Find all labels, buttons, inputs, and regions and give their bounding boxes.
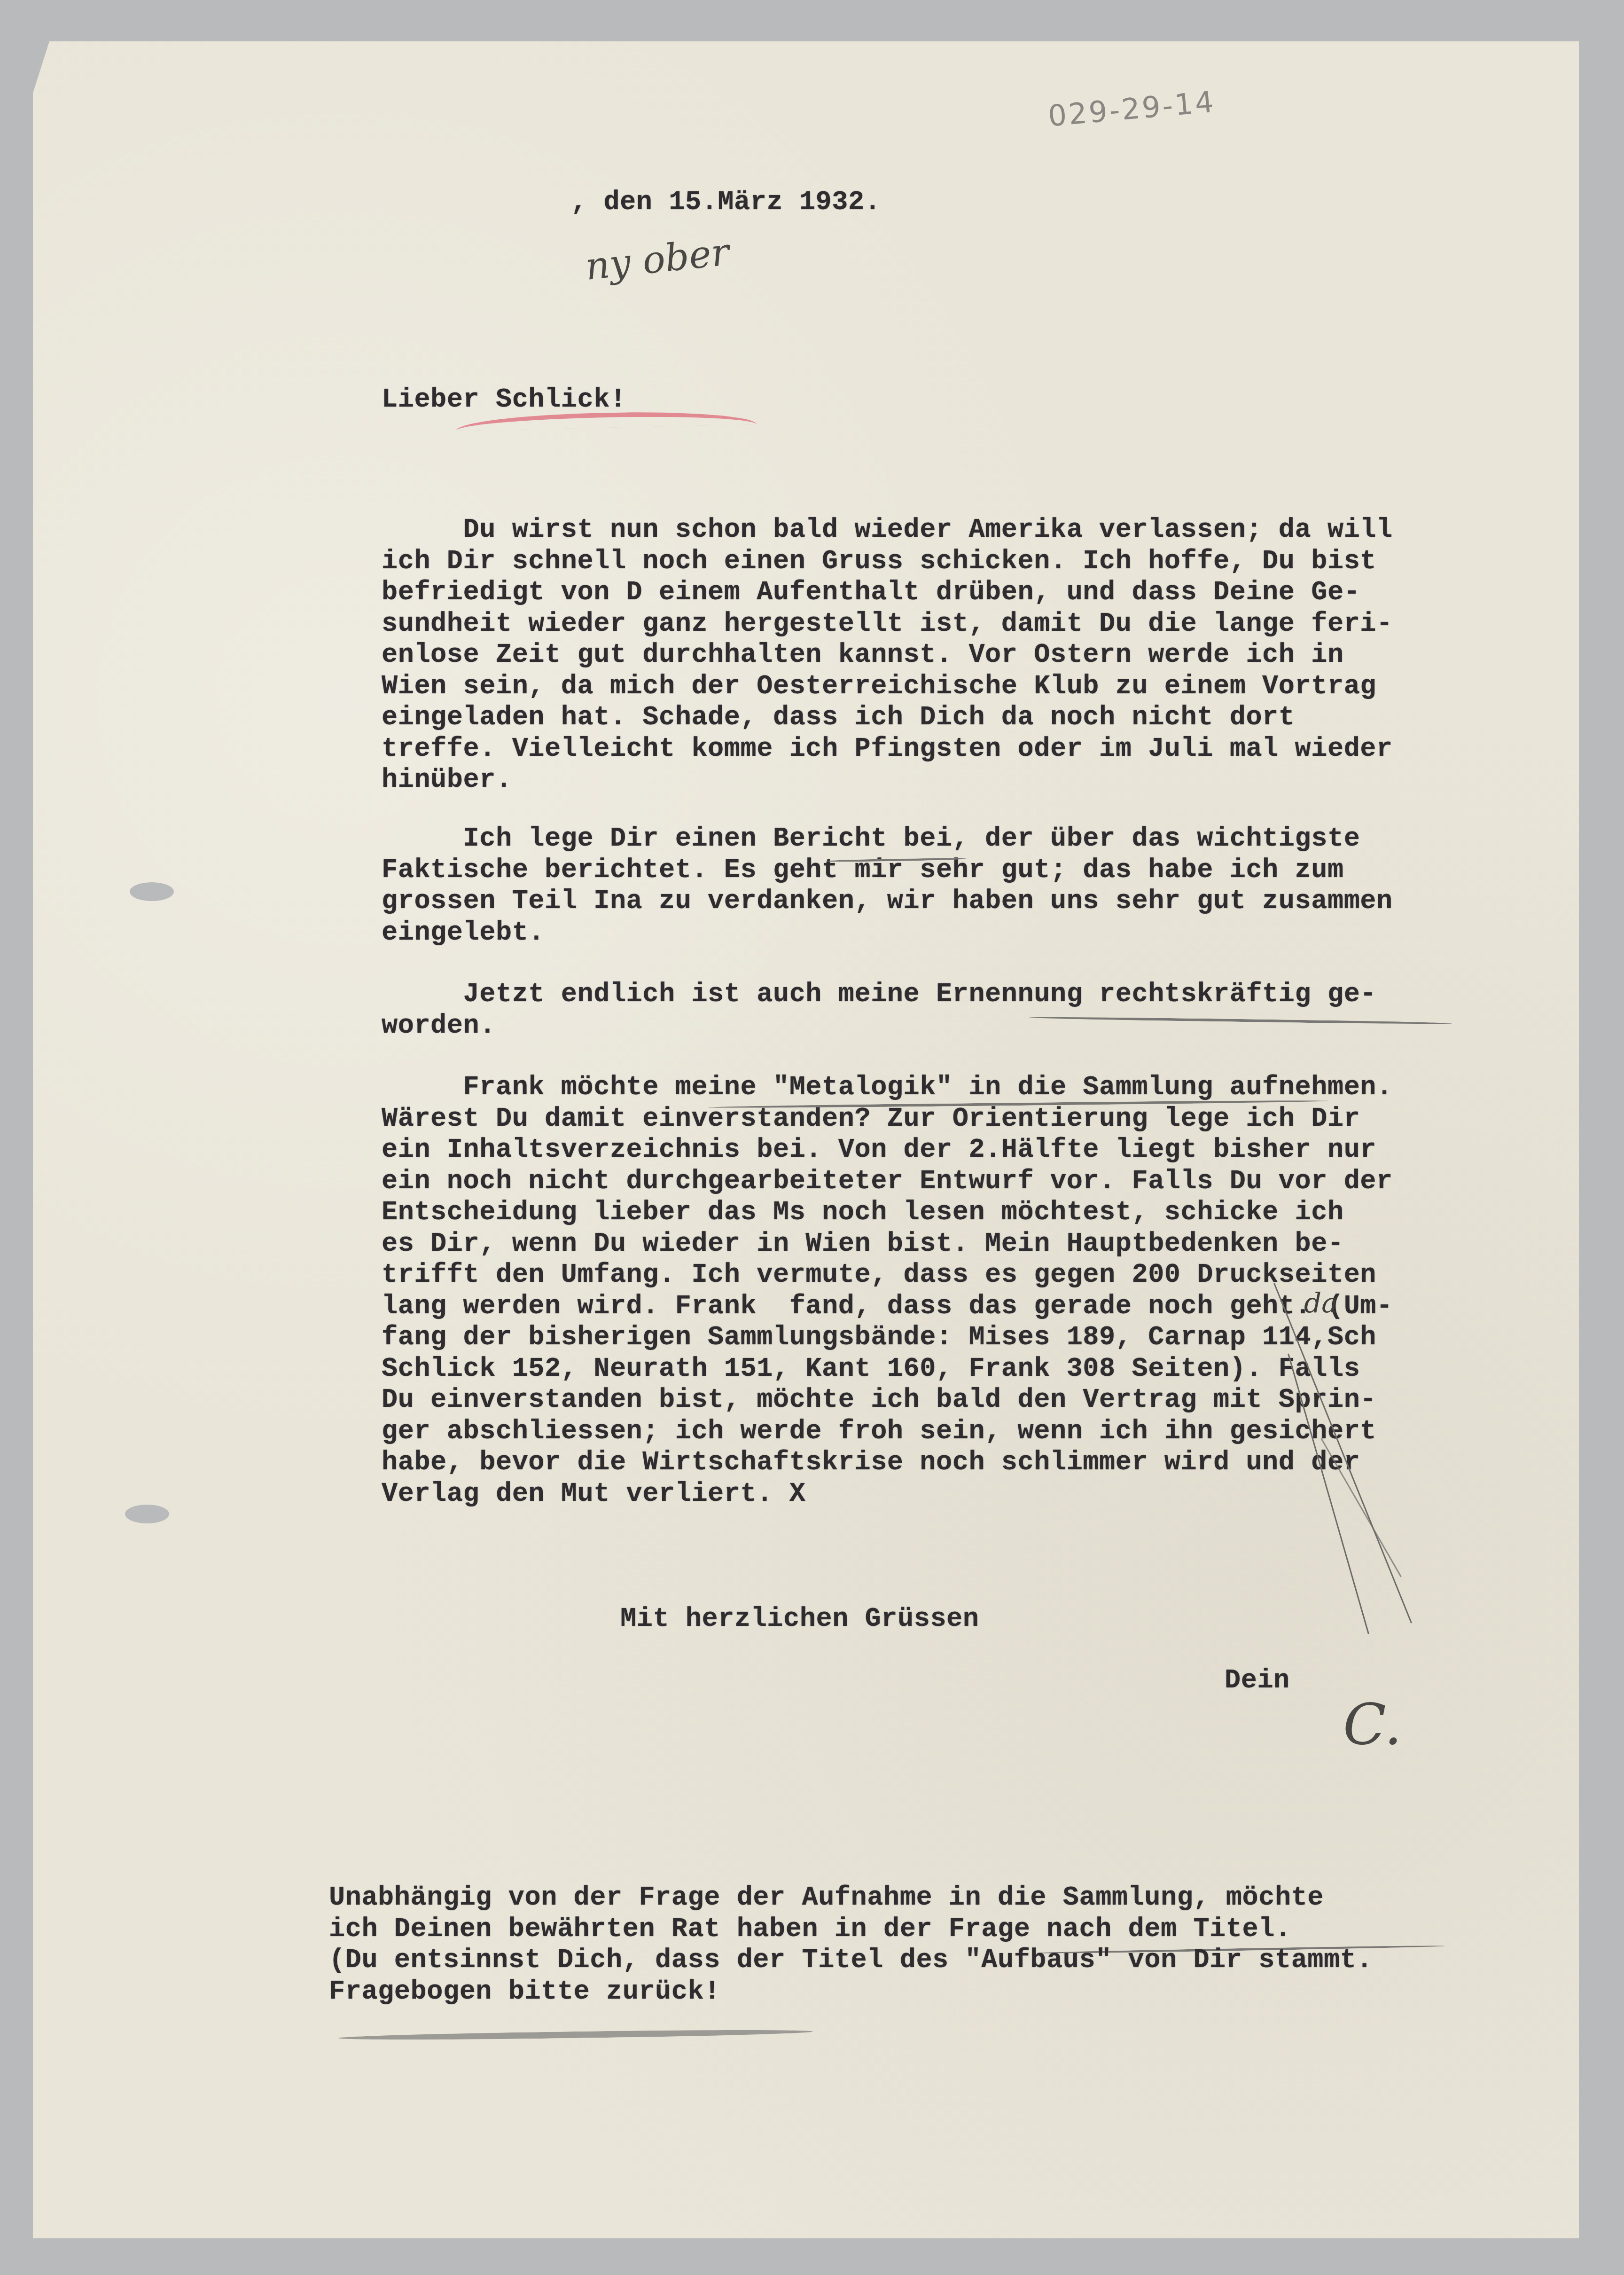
text-line: eingeladen hat. Schade, dass ich Dich da… (382, 702, 1393, 734)
text-line: lang werden wird. Frank fand, dass das g… (382, 1291, 1393, 1323)
text-line: befriedigt von D einem Aufenthalt drüben… (382, 577, 1393, 609)
text-line: treffe. Vielleicht komme ich Pfingsten o… (382, 734, 1393, 765)
paragraph: Frank möchte meine "Metalogik" in die Sa… (382, 1072, 1393, 1510)
text-line: eingelebt. (382, 918, 1393, 949)
text-line: Du einverstanden bist, möchte ich bald d… (382, 1385, 1393, 1416)
text-line: enlose Zeit gut durchhalten kannst. Vor … (382, 640, 1393, 671)
text-line: grossen Teil Ina zu verdanken, wir haben… (382, 886, 1393, 918)
text-line: fang der bisherigen Sammlungsbände: Mise… (382, 1322, 1393, 1354)
text-line: trifft den Umfang. Ich vermute, dass es … (382, 1260, 1393, 1291)
text-line: habe, bevor die Wirtschaftskrise noch sc… (382, 1447, 1393, 1479)
paragraph: Ich lege Dir einen Bericht bei, der über… (382, 824, 1393, 949)
text-line: Verlag den Mut verliert. X (382, 1479, 1393, 1510)
paragraph: Du wirst nun schon bald wieder Amerika v… (382, 515, 1393, 796)
text-line: ger abschliessen; ich werde froh sein, w… (382, 1416, 1393, 1448)
text-line: hinüber. (382, 765, 1393, 796)
signature: C. (1343, 1692, 1402, 1757)
text-line: ich Deinen bewährten Rat haben in der Fr… (329, 1914, 1373, 1946)
text-line: Frank möchte meine "Metalogik" in die Sa… (382, 1072, 1393, 1104)
text-line: Wärest Du damit einverstanden? Zur Orien… (382, 1104, 1393, 1135)
paragraph: Jetzt endlich ist auch meine Ernennung r… (382, 979, 1376, 1042)
text-line: Wien sein, da mich der Oesterreichische … (382, 671, 1393, 703)
text-line: Jetzt endlich ist auch meine Ernennung r… (382, 979, 1376, 1011)
punch-hole (125, 1505, 169, 1523)
text-line: Schlick 152, Neurath 151, Kant 160, Fran… (382, 1354, 1393, 1385)
text-line: (Du entsinnst Dich, dass der Titel des "… (329, 1945, 1373, 1977)
text-line: Unabhängig von der Frage der Aufnahme in… (329, 1883, 1373, 1914)
text-line: worden. (382, 1011, 1376, 1042)
text-line: sundheit wieder ganz hergestellt ist, da… (382, 609, 1393, 640)
postscript: Unabhängig von der Frage der Aufnahme in… (329, 1883, 1373, 2008)
closing: Mit herzlichen Grüssen (620, 1604, 979, 1635)
text-line: Ich lege Dir einen Bericht bei, der über… (382, 824, 1393, 855)
text-line: es Dir, wenn Du wieder in Wien bist. Mei… (382, 1229, 1393, 1260)
text-line: ein Inhaltsverzeichnis bei. Von der 2.Hä… (382, 1135, 1393, 1166)
handwritten-correction: da (1304, 1287, 1338, 1319)
text-line: ein noch nicht durchgearbeiteter Entwurf… (382, 1166, 1393, 1198)
text-line: Fragebogen bitte zurück! (329, 1977, 1373, 2008)
text-line: Du wirst nun schon bald wieder Amerika v… (382, 515, 1393, 546)
date-line: , den 15.März 1932. (571, 187, 881, 219)
punch-hole (130, 882, 174, 901)
sign-off: Dein (1225, 1665, 1290, 1697)
text-line: ich Dir schnell noch einen Gruss schicke… (382, 546, 1393, 578)
salutation: Lieber Schlick! (382, 384, 626, 416)
text-line: Entscheidung lieber das Ms noch lesen mö… (382, 1197, 1393, 1229)
